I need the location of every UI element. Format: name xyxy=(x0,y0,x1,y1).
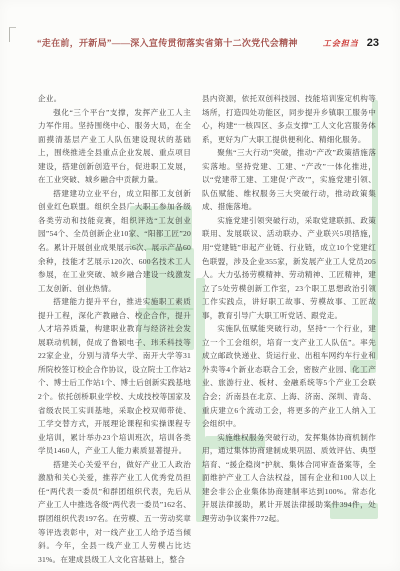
paragraph: 强化“三个平台”支撑，发挥产业工人主力军作用。坚持围绕中心、服务大局，在全面摸清… xyxy=(38,106,191,187)
column-right: 县内资源，依托双创科技园、技能培训鉴定机构等场所，打造四处功能区，同步提升乡镇职… xyxy=(202,92,376,566)
page-number: 23 xyxy=(367,37,379,49)
article-body: 企业。强化“三个平台”支撑，发挥产业工人主力军作用。坚持围绕中心、服务大局，在全… xyxy=(38,92,376,566)
paragraph: 实施维权服务突破行动，发挥集体协商机制作用，通过集体协商建制成果巩固、质效评估、… xyxy=(202,431,376,526)
scanned-magazine-page: “走在前，开新局”——深入宣传贯彻落实省第十二次党代会精神 工会担当 23 企业… xyxy=(0,0,400,571)
paragraph: 实施党建引领突破行动，采取党建联抓、政策联用、发展联议、活动联办、产业联兴5项措… xyxy=(202,214,376,322)
magazine-logo: 工会担当 xyxy=(323,38,359,49)
paragraph: 实施队伍赋能突破行动，坚持“一个行业，建立一个工会组织，培育一支产业工人队伍”。… xyxy=(202,322,376,430)
paragraph: 搭建建功立业平台，成立阳都工友创新创业红色联盟。组织全县广大职工参加各级各类劳动… xyxy=(38,187,191,295)
paragraph: 聚焦“三大行动”突破，推动“产改”政策措施落实落地。坚持党建、工建、“产改”一体… xyxy=(202,146,376,214)
page-header: “走在前，开新局”——深入宣传贯彻落实省第十二次党代会精神 工会担当 23 xyxy=(37,36,379,49)
column-left: 企业。强化“三个平台”支撑，发挥产业工人主力军作用。坚持围绕中心、服务大局，在全… xyxy=(38,92,191,566)
paragraph: 企业。 xyxy=(38,92,191,106)
paragraph: 搭建关心关爱平台，做好产业工人政治激励和关心关爱，推荐产业工人优秀党员担任“两代… xyxy=(38,458,191,566)
paragraph: 县内资源，依托双创科技园、技能培训鉴定机构等场所，打造四处功能区，同步提升乡镇职… xyxy=(202,92,376,146)
paragraph: 搭建能力提升平台，推进实施职工素质提升工程，深化产教融合、校企合作，提升人才培养… xyxy=(38,295,191,458)
page-header-title: “走在前，开新局”——深入宣传贯彻落实省第十二次党代会精神 xyxy=(37,36,319,49)
